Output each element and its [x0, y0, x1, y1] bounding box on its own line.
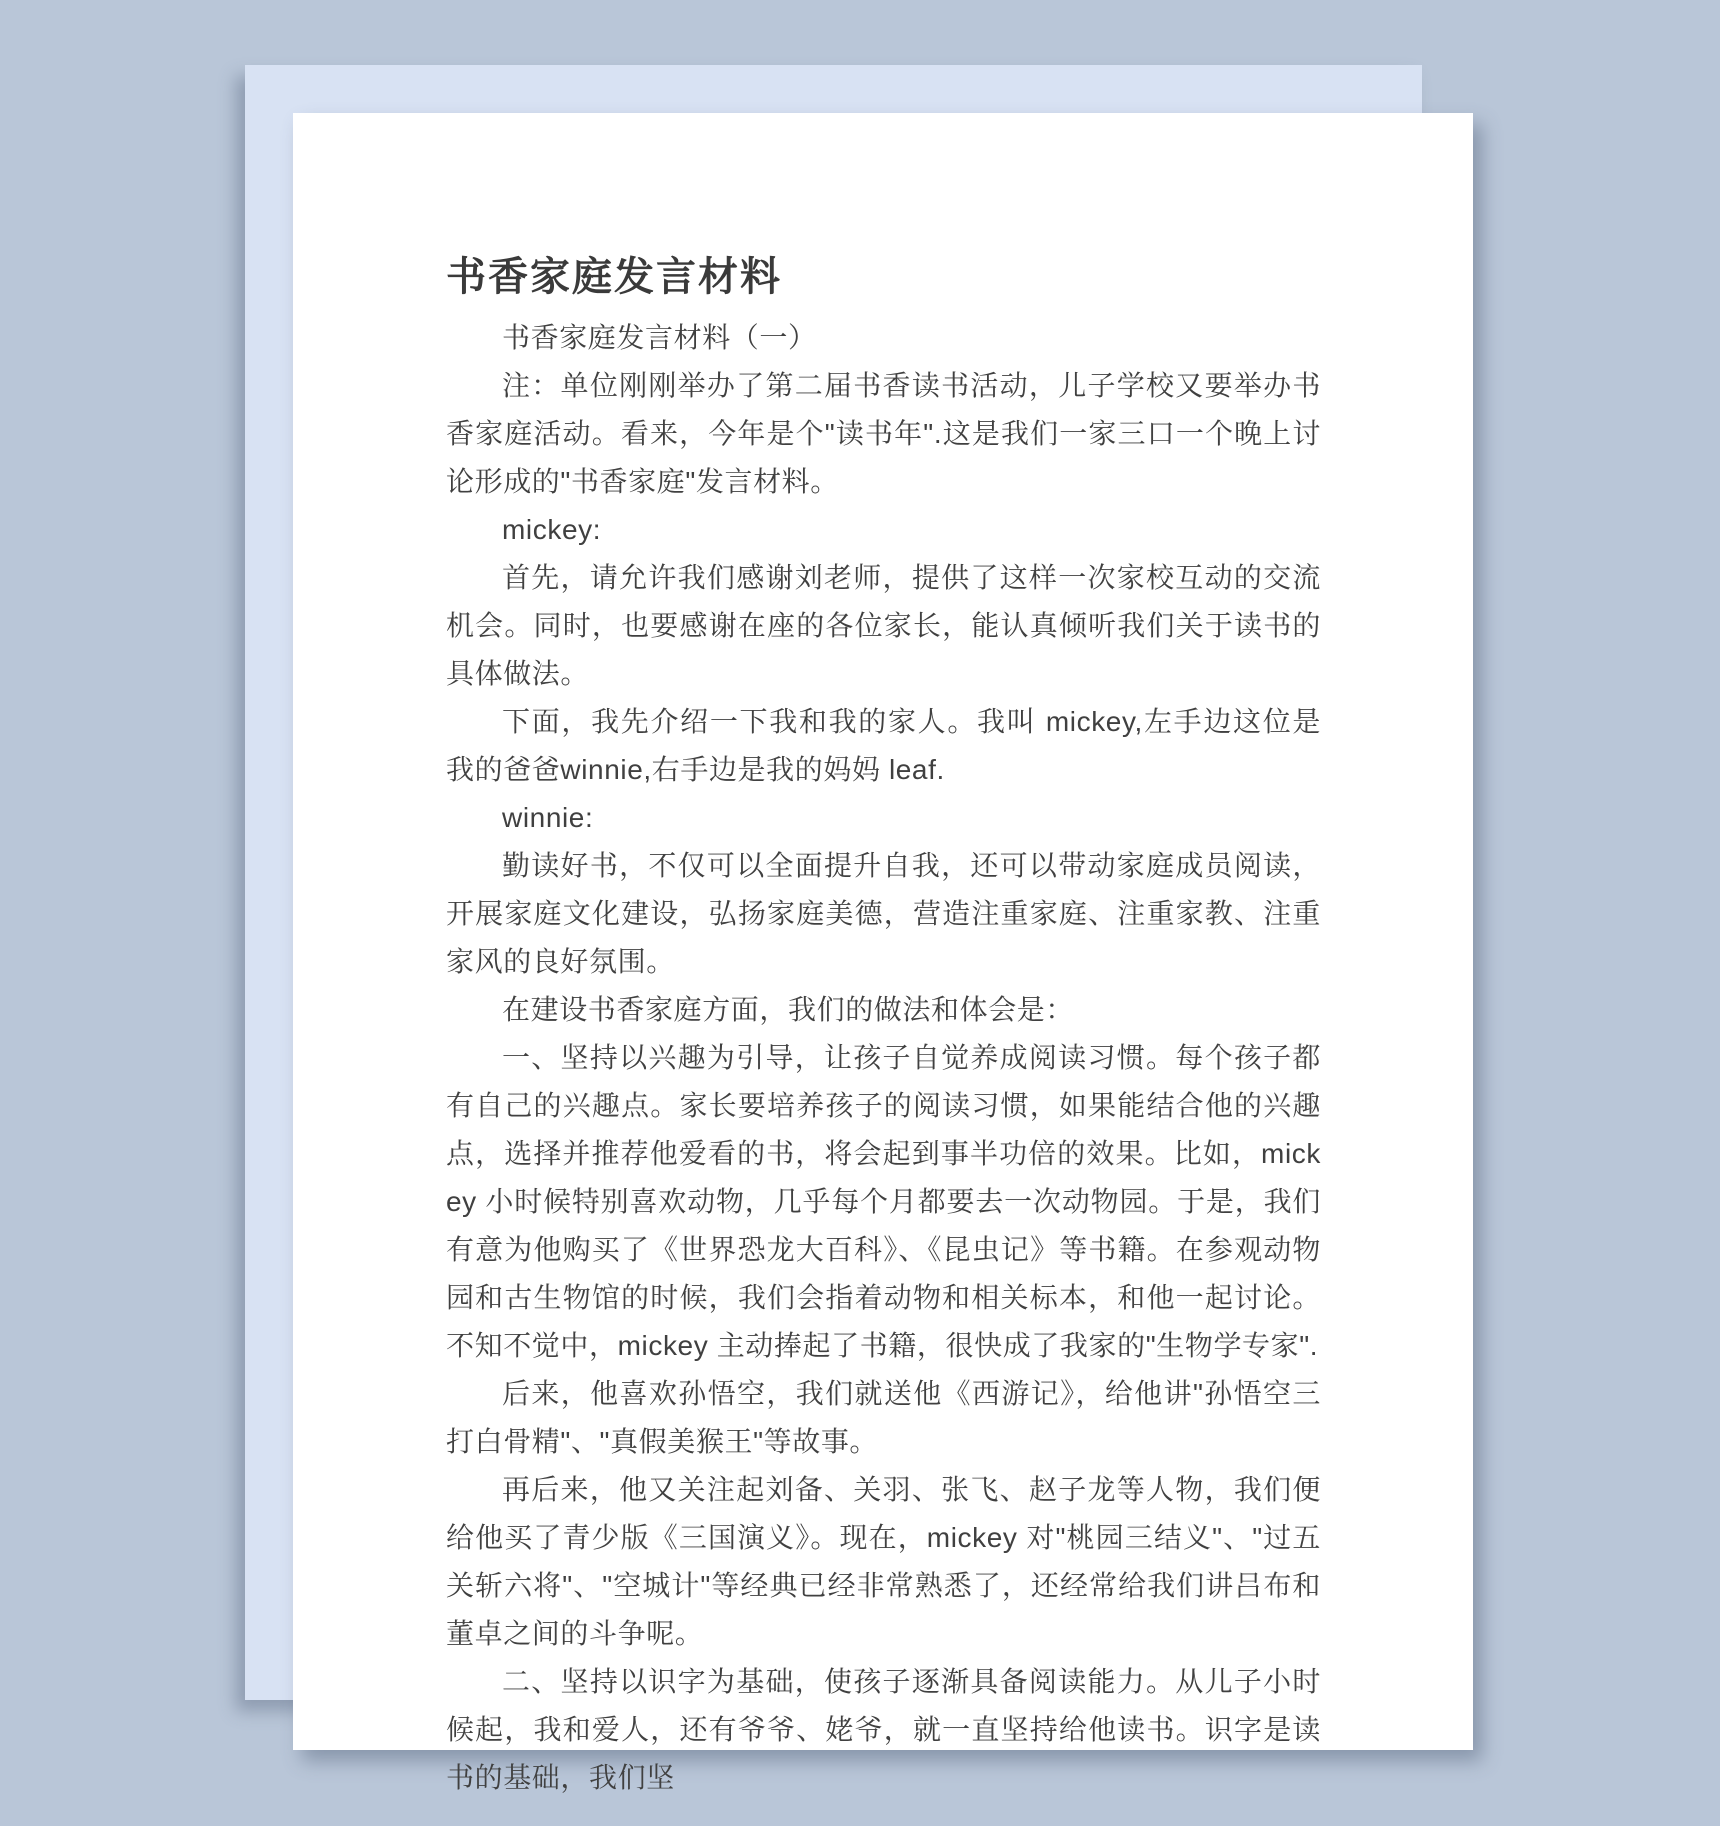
document-paragraph: mickey:: [446, 506, 1321, 554]
document-page: 书香家庭发言材料 书香家庭发言材料（一）注：单位刚刚举办了第二届书香读书活动，儿…: [293, 113, 1473, 1750]
document-body: 书香家庭发言材料（一）注：单位刚刚举办了第二届书香读书活动，儿子学校又要举办书香…: [446, 314, 1321, 1802]
document-paragraph: 后来，他喜欢孙悟空，我们就送他《西游记》，给他讲"孙悟空三打白骨精"、"真假美猴…: [446, 1370, 1321, 1466]
document-paragraph: 一、坚持以兴趣为引导，让孩子自觉养成阅读习惯。每个孩子都有自己的兴趣点。家长要培…: [446, 1034, 1321, 1370]
document-paragraph: 首先，请允许我们感谢刘老师，提供了这样一次家校互动的交流机会。同时，也要感谢在座…: [446, 554, 1321, 698]
document-paragraph: 勤读好书，不仅可以全面提升自我，还可以带动家庭成员阅读，开展家庭文化建设，弘扬家…: [446, 842, 1321, 986]
desk-background: 书香家庭发言材料 书香家庭发言材料（一）注：单位刚刚举办了第二届书香读书活动，儿…: [0, 0, 1720, 1826]
document-paragraph: 书香家庭发言材料（一）: [446, 314, 1321, 362]
document-paragraph: 在建设书香家庭方面，我们的做法和体会是：: [446, 986, 1321, 1034]
document-paragraph: 注：单位刚刚举办了第二届书香读书活动，儿子学校又要举办书香家庭活动。看来，今年是…: [446, 362, 1321, 506]
document-title: 书香家庭发言材料: [446, 252, 1321, 302]
document-paragraph: 下面，我先介绍一下我和我的家人。我叫 mickey,左手边这位是我的爸爸winn…: [446, 698, 1321, 794]
document-paragraph: 二、坚持以识字为基础，使孩子逐渐具备阅读能力。从儿子小时候起，我和爱人，还有爷爷…: [446, 1658, 1321, 1802]
document-paragraph: winnie:: [446, 794, 1321, 842]
document-paragraph: 再后来，他又关注起刘备、关羽、张飞、赵子龙等人物，我们便给他买了青少版《三国演义…: [446, 1466, 1321, 1658]
